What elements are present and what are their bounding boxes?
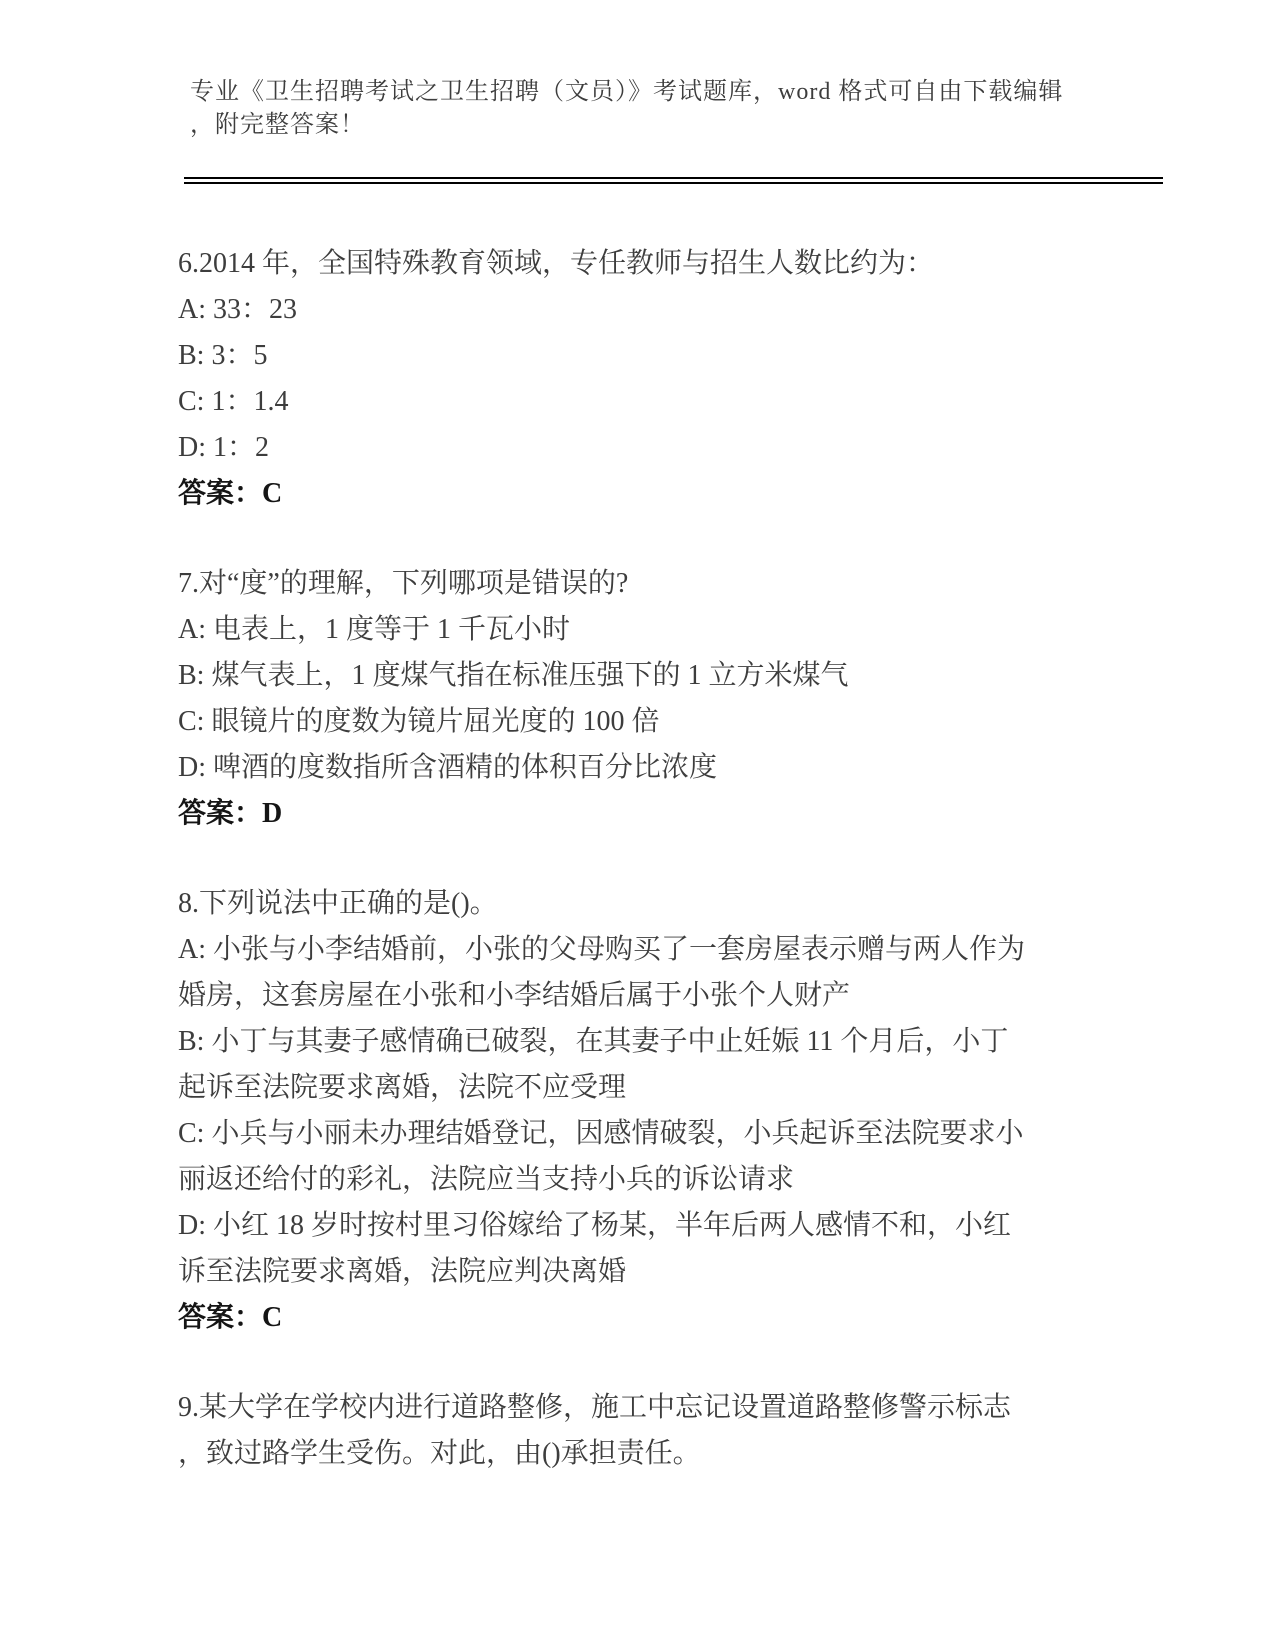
question-9: 9.某大学在学校内进行道路整修，施工中忘记设置道路整修警示标志，致过路学生受伤。… bbox=[178, 1385, 1138, 1477]
question-7-line-4: C: 眼镜片的度数为镜片屈光度的 100 倍 bbox=[178, 699, 1138, 745]
question-9-line-1: 9.某大学在学校内进行道路整修，施工中忘记设置道路整修警示标志 bbox=[178, 1385, 1138, 1431]
question-6-answer: 答案：C bbox=[178, 471, 1138, 517]
question-6-line-1: 6.2014 年，全国特殊教育领域，专任教师与招生人数比约为： bbox=[178, 241, 1138, 287]
header-line-1: 专业《卫生招聘考试之卫生招聘（文员）》考试题库，word 格式可自由下载编辑 bbox=[190, 76, 1063, 109]
question-8-answer: 答案：C bbox=[178, 1295, 1138, 1341]
question-7: 7.对“度”的理解，下列哪项是错误的?A: 电表上，1 度等于 1 千瓦小时B:… bbox=[178, 561, 1138, 837]
question-9-line-2: ，致过路学生受伤。对此，由()承担责任。 bbox=[178, 1431, 1138, 1477]
question-8-line-5: 起诉至法院要求离婚，法院不应受理 bbox=[178, 1065, 1138, 1111]
question-7-line-1: 7.对“度”的理解，下列哪项是错误的? bbox=[178, 561, 1138, 607]
question-8-line-2: A: 小张与小李结婚前，小张的父母购买了一套房屋表示赠与两人作为 bbox=[178, 927, 1138, 973]
page-header: 专业《卫生招聘考试之卫生招聘（文员）》考试题库，word 格式可自由下载编辑 ，… bbox=[190, 76, 1063, 142]
question-7-line-3: B: 煤气表上，1 度煤气指在标准压强下的 1 立方米煤气 bbox=[178, 653, 1138, 699]
question-8-line-7: 丽返还给付的彩礼，法院应当支持小兵的诉讼请求 bbox=[178, 1157, 1138, 1203]
question-6-line-2: A: 33：23 bbox=[178, 287, 1138, 333]
questions-container: 6.2014 年，全国特殊教育领域，专任教师与招生人数比约为：A: 33：23B… bbox=[178, 241, 1138, 1521]
document-page: 专业《卫生招聘考试之卫生招聘（文员）》考试题库，word 格式可自由下载编辑 ，… bbox=[0, 0, 1275, 1650]
question-8-line-1: 8.下列说法中正确的是()。 bbox=[178, 881, 1138, 927]
question-6: 6.2014 年，全国特殊教育领域，专任教师与招生人数比约为：A: 33：23B… bbox=[178, 241, 1138, 517]
question-6-line-5: D: 1：2 bbox=[178, 425, 1138, 471]
question-7-line-2: A: 电表上，1 度等于 1 千瓦小时 bbox=[178, 607, 1138, 653]
question-6-line-3: B: 3：5 bbox=[178, 333, 1138, 379]
header-divider-rule bbox=[184, 177, 1163, 184]
question-8-line-8: D: 小红 18 岁时按村里习俗嫁给了杨某，半年后两人感情不和，小红 bbox=[178, 1203, 1138, 1249]
question-8-line-9: 诉至法院要求离婚，法院应判决离婚 bbox=[178, 1249, 1138, 1295]
question-8-line-4: B: 小丁与其妻子感情确已破裂，在其妻子中止妊娠 11 个月后，小丁 bbox=[178, 1019, 1138, 1065]
question-7-line-5: D: 啤酒的度数指所含酒精的体积百分比浓度 bbox=[178, 745, 1138, 791]
question-8-line-3: 婚房，这套房屋在小张和小李结婚后属于小张个人财产 bbox=[178, 973, 1138, 1019]
question-8-line-6: C: 小兵与小丽未办理结婚登记，因感情破裂，小兵起诉至法院要求小 bbox=[178, 1111, 1138, 1157]
question-8: 8.下列说法中正确的是()。A: 小张与小李结婚前，小张的父母购买了一套房屋表示… bbox=[178, 881, 1138, 1341]
header-line-2: ，附完整答案！ bbox=[190, 109, 1063, 142]
question-6-line-4: C: 1：1.4 bbox=[178, 379, 1138, 425]
question-7-answer: 答案：D bbox=[178, 791, 1138, 837]
